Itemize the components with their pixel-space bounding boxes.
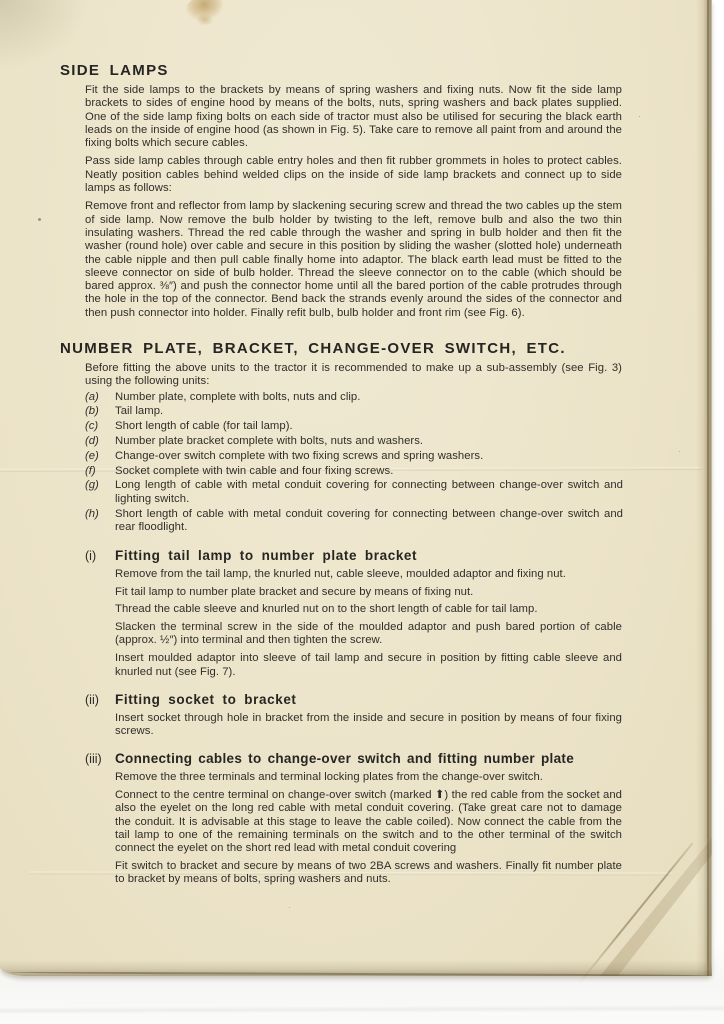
document-page: SIDE LAMPS Fit the side lamps to the bra… (0, 0, 712, 976)
list-item-label: (h) (85, 508, 115, 522)
paragraph: Insert moulded adaptor into sleeve of ta… (115, 652, 622, 679)
section-heading-side-lamps: SIDE LAMPS (60, 62, 623, 79)
list-item-label: (d) (85, 435, 115, 449)
page-content: SIDE LAMPS Fit the side lamps to the bra… (60, 62, 623, 891)
list-item-text: Number plate bracket complete with bolts… (115, 435, 623, 449)
paragraph: Before fitting the above units to the tr… (85, 362, 622, 389)
list-item: (g) Long length of cable with metal cond… (85, 479, 623, 506)
list-item-text: Short length of cable with metal conduit… (115, 508, 623, 535)
subsection-heading-connecting-cables: (iii) Connecting cables to change-over s… (85, 751, 623, 767)
list-item: (c) Short length of cable (for tail lamp… (85, 420, 623, 434)
paragraph: Slacken the terminal screw in the side o… (115, 621, 622, 648)
units-list: (a) Number plate, complete with bolts, n… (85, 391, 623, 535)
page-right-edge-line (707, 0, 709, 976)
subsection-title: Connecting cables to change-over switch … (115, 751, 623, 767)
paragraph: Connect to the centre terminal on change… (115, 789, 622, 855)
paragraph: Fit the side lamps to the brackets by me… (85, 84, 622, 150)
paragraph: Fit switch to bracket and secure by mean… (115, 860, 622, 887)
list-item-label: (a) (85, 391, 115, 405)
subsection-label: (ii) (85, 692, 115, 708)
subsection-title: Fitting socket to bracket (115, 692, 623, 708)
list-item-text: Long length of cable with metal conduit … (115, 479, 623, 506)
subsection-heading-fitting-tail-lamp: (i) Fitting tail lamp to number plate br… (85, 548, 623, 564)
scanner-background: SIDE LAMPS Fit the side lamps to the bra… (0, 0, 724, 1024)
list-item-text: Change-over switch complete with two fix… (115, 450, 623, 464)
list-item: (h) Short length of cable with metal con… (85, 508, 623, 535)
list-item: (d) Number plate bracket complete with b… (85, 435, 623, 449)
list-item: (f) Socket complete with twin cable and … (85, 465, 623, 479)
page-right-edge (696, 0, 712, 976)
corner-shading (0, 0, 90, 70)
paragraph: Insert socket through hole in bracket fr… (115, 712, 622, 739)
list-item: (a) Number plate, complete with bolts, n… (85, 391, 623, 405)
list-item-text: Socket complete with twin cable and four… (115, 465, 623, 479)
list-item-text: Number plate, complete with bolts, nuts … (115, 391, 623, 405)
subsection-heading-fitting-socket: (ii) Fitting socket to bracket (85, 692, 623, 708)
paper-speck (38, 218, 41, 221)
list-item: (e) Change-over switch complete with two… (85, 450, 623, 464)
list-item-label: (e) (85, 450, 115, 464)
paragraph: Remove front and reflector from lamp by … (85, 200, 622, 320)
paper-stain-small (196, 14, 214, 26)
list-item-text: Tail lamp. (115, 405, 623, 419)
section-heading-number-plate: NUMBER PLATE, BRACKET, CHANGE-OVER SWITC… (60, 340, 623, 357)
list-item: (b) Tail lamp. (85, 405, 623, 419)
list-item-label: (b) (85, 405, 115, 419)
list-item-text: Short length of cable (for tail lamp). (115, 420, 623, 434)
paragraph: Pass side lamp cables through cable entr… (85, 155, 622, 195)
list-item-label: (g) (85, 479, 115, 493)
paragraph: Remove the three terminals and terminal … (115, 771, 622, 784)
list-item-label: (f) (85, 465, 115, 479)
subsection-label: (i) (85, 548, 115, 564)
subsection-label: (iii) (85, 751, 115, 767)
list-item-label: (c) (85, 420, 115, 434)
paragraph: Remove from the tail lamp, the knurled n… (115, 568, 622, 581)
scanner-artifact (0, 1005, 724, 1015)
subsection-title: Fitting tail lamp to number plate bracke… (115, 548, 623, 564)
paragraph: Fit tail lamp to number plate bracket an… (115, 586, 622, 599)
paragraph: Thread the cable sleeve and knurled nut … (115, 603, 622, 616)
